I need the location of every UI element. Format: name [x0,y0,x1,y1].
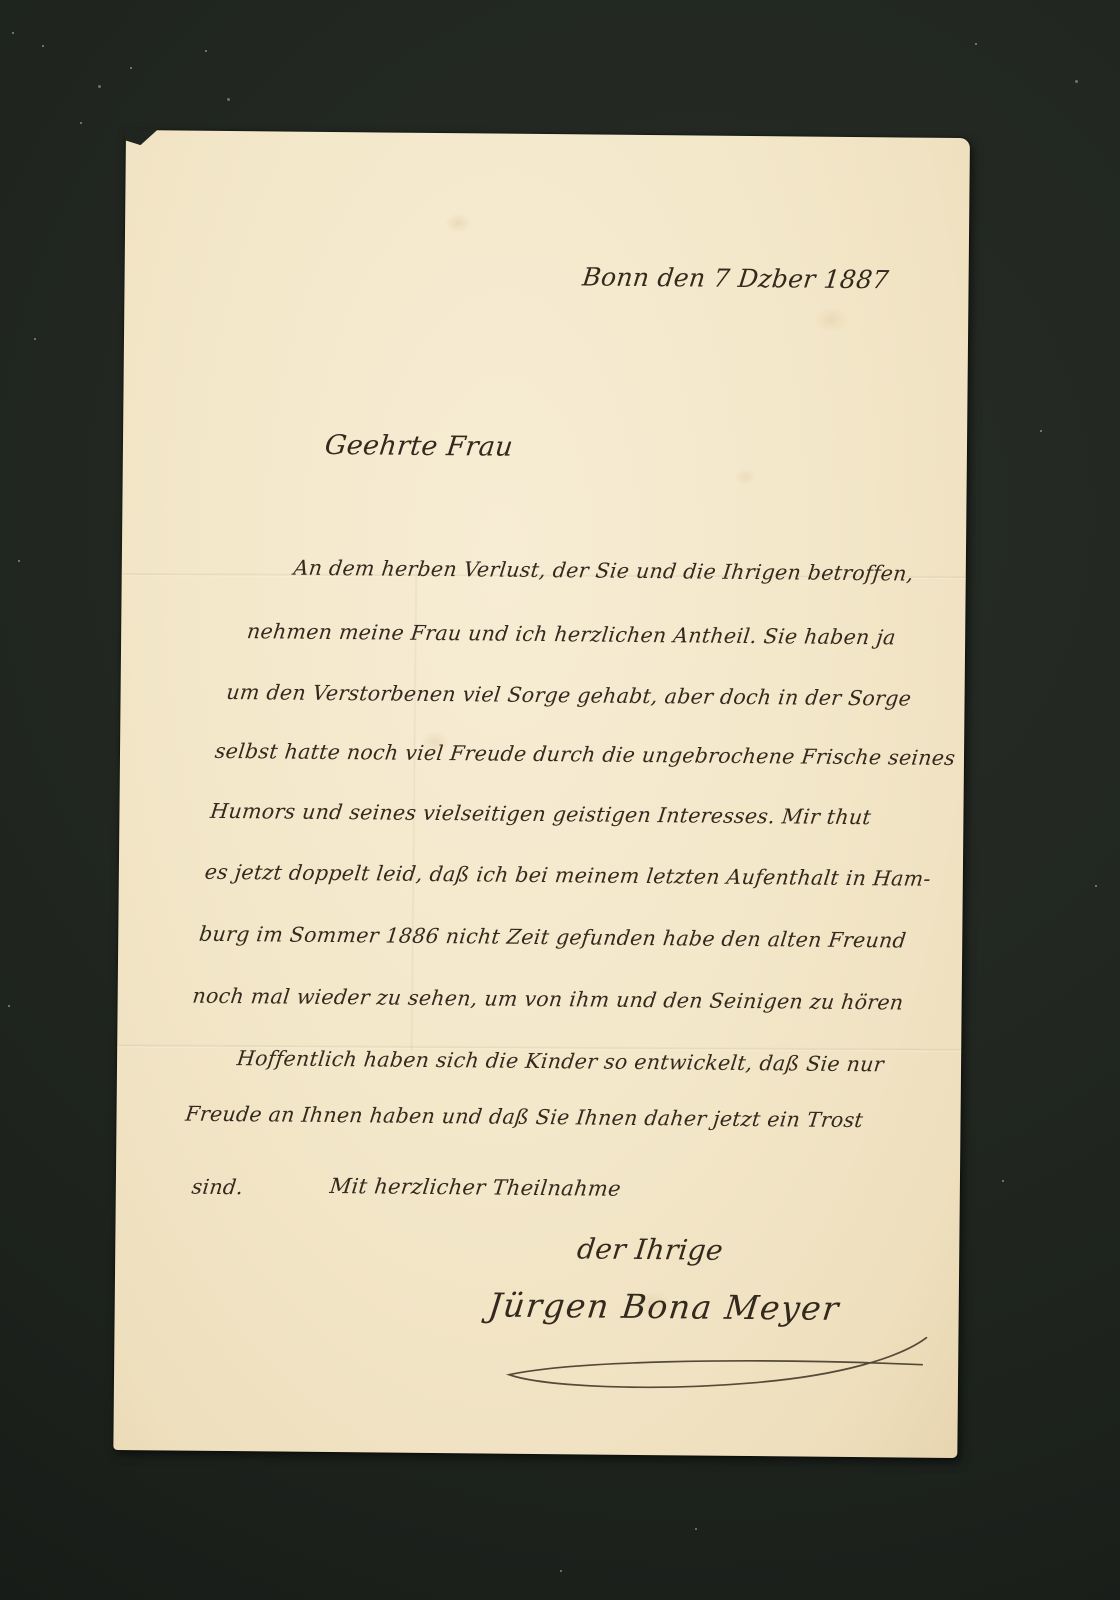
dust-speck [98,85,101,88]
body-line-2: nehmen meine Frau und ich herzlichen Ant… [246,619,897,649]
date-line: Bonn den 7 Dzber 1887 [581,262,890,294]
body-line-11: sind. [190,1175,244,1199]
dust-speck [8,1005,10,1007]
body-line-1: An dem herben Verlust, der Sie und die I… [292,556,915,586]
dust-speck [1075,80,1078,83]
body-line-4: selbst hatte noch viel Freude durch die … [214,739,957,770]
dust-speck [42,45,44,47]
dust-speck [695,1528,697,1530]
dust-speck [227,98,230,101]
letter-photograph: Bonn den 7 Dzber 1887 Geehrte Frau An de… [0,0,1120,1600]
letter-paper: Bonn den 7 Dzber 1887 Geehrte Frau An de… [113,130,970,1458]
dust-speck [1040,430,1042,432]
dust-speck [80,122,82,124]
closing: der Ihrige [575,1232,724,1266]
body-line-9: Hoffentlich haben sich die Kinder so ent… [236,1046,886,1076]
body-line-8: noch mal wieder zu sehen, um von ihm und… [191,984,905,1015]
body-line-7: burg im Sommer 1886 nicht Zeit gefunden … [198,922,908,953]
dust-speck [205,50,207,52]
dust-speck [34,338,36,340]
foxing-stain [814,307,848,333]
dust-speck [130,67,132,69]
torn-corner [125,128,159,145]
foxing-stain [445,213,471,233]
dust-speck [1095,885,1097,887]
body-line-5: Humors und seines vielseitigen geistigen… [209,799,872,829]
body-line-10: Freude an Ihnen haben und daß Sie Ihnen … [184,1102,864,1132]
dust-speck [12,32,14,34]
signature: Jürgen Bona Meyer [487,1286,842,1328]
body-line-3: um den Verstorbenen viel Sorge gehabt, a… [225,680,912,711]
valediction: Mit herzlicher Theilnahme [328,1174,622,1201]
salutation: Geehrte Frau [323,430,515,463]
dust-speck [1002,1180,1004,1182]
foxing-stain [735,468,757,486]
signature-flourish [502,1330,933,1396]
body-line-6: es jetzt doppelt leid, daß ich bei meine… [204,860,933,891]
dust-speck [975,43,977,45]
dust-speck [18,560,20,562]
dust-speck [560,1570,562,1572]
